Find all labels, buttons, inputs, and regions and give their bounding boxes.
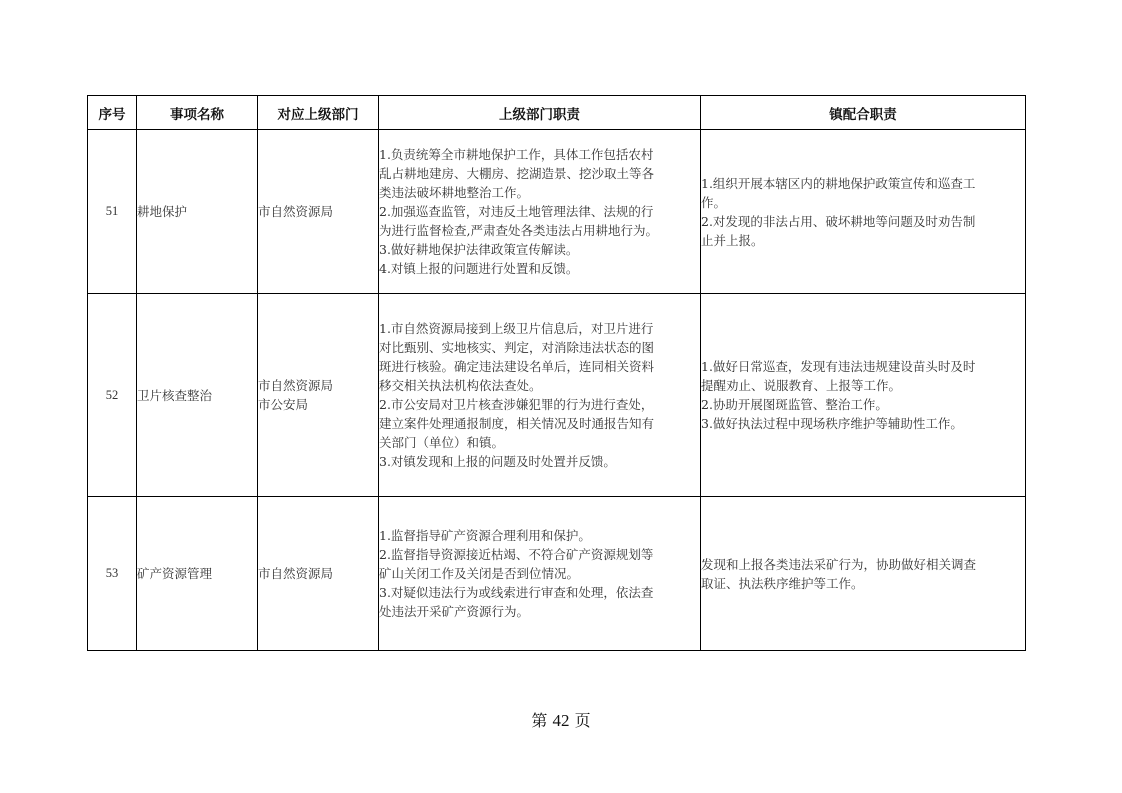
table-row: 53 矿产资源管理 市自然资源局 1.监督指导矿产资源合理利用和保护。 2.监督… bbox=[88, 497, 1026, 651]
header-superior-duties: 上级部门职责 bbox=[379, 96, 701, 130]
duty-line: 1.做好日常巡查，发现有违法违规建设苗头时及时 bbox=[701, 357, 1025, 376]
duty-line: 2.协助开展图斑监管、整治工作。 bbox=[701, 395, 1025, 414]
town-duties: 发现和上报各类违法采矿行为，协助做好相关调查 取证、执法秩序维护等工作。 bbox=[701, 497, 1026, 651]
dept-line: 市公安局 bbox=[258, 395, 378, 414]
duty-line: 矿山关闭工作及关闭是否到位情况。 bbox=[379, 564, 700, 583]
duty-line: 2.对发现的非法占用、破坏耕地等问题及时劝告制 bbox=[701, 212, 1025, 231]
duty-line: 关部门（单位）和镇。 bbox=[379, 433, 700, 452]
duty-line: 类违法破坏耕地整治工作。 bbox=[379, 183, 700, 202]
table-header-row: 序号 事项名称 对应上级部门 上级部门职责 镇配合职责 bbox=[88, 96, 1026, 130]
duty-line: 2.加强巡查监管，对违反土地管理法律、法规的行 bbox=[379, 202, 700, 221]
dept-line: 市自然资源局 bbox=[258, 376, 378, 395]
superior-duties: 1.市自然资源局接到上级卫片信息后，对卫片进行 对比甄别、实地核实、判定，对消除… bbox=[379, 294, 701, 497]
duty-line: 处违法开采矿产资源行为。 bbox=[379, 602, 700, 621]
duty-line: 3.做好耕地保护法律政策宣传解读。 bbox=[379, 240, 700, 259]
superior-dept: 市自然资源局 bbox=[258, 497, 379, 651]
duty-line: 1.监督指导矿产资源合理利用和保护。 bbox=[379, 526, 700, 545]
duty-line: 为进行监督检查,严肃查处各类违法占用耕地行为。 bbox=[379, 221, 700, 240]
responsibility-table: 序号 事项名称 对应上级部门 上级部门职责 镇配合职责 51 耕地保护 市自然资… bbox=[87, 95, 1026, 651]
duty-line: 3.对疑似违法行为或线索进行审查和处理，依法查 bbox=[379, 583, 700, 602]
duty-line: 乱占耕地建房、大棚房、挖湖造景、挖沙取土等各 bbox=[379, 164, 700, 183]
row-number: 51 bbox=[88, 130, 137, 294]
duty-line: 斑进行核验。确定违法建设名单后，连同相关资料 bbox=[379, 357, 700, 376]
duty-line: 提醒劝止、说服教育、上报等工作。 bbox=[701, 376, 1025, 395]
duty-line: 取证、执法秩序维护等工作。 bbox=[701, 574, 1025, 593]
superior-dept: 市自然资源局 市公安局 bbox=[258, 294, 379, 497]
header-no: 序号 bbox=[88, 96, 137, 130]
page-number: 第 42 页 bbox=[0, 708, 1122, 731]
item-name: 卫片核查整治 bbox=[137, 294, 258, 497]
superior-duties: 1.监督指导矿产资源合理利用和保护。 2.监督指导资源接近枯竭、不符合矿产资源规… bbox=[379, 497, 701, 651]
duty-line: 4.对镇上报的问题进行处置和反馈。 bbox=[379, 259, 700, 278]
page-suffix: 页 bbox=[575, 711, 591, 730]
dept-line: 市自然资源局 bbox=[258, 202, 378, 221]
table-row: 52 卫片核查整治 市自然资源局 市公安局 1.市自然资源局接到上级卫片信息后，… bbox=[88, 294, 1026, 497]
town-duties: 1.做好日常巡查，发现有违法违规建设苗头时及时 提醒劝止、说服教育、上报等工作。… bbox=[701, 294, 1026, 497]
duty-line: 作。 bbox=[701, 193, 1025, 212]
item-name: 矿产资源管理 bbox=[137, 497, 258, 651]
superior-dept: 市自然资源局 bbox=[258, 130, 379, 294]
table-row: 51 耕地保护 市自然资源局 1.负责统筹全市耕地保护工作，具体工作包括农村 乱… bbox=[88, 130, 1026, 294]
header-item-name: 事项名称 bbox=[137, 96, 258, 130]
duty-line: 发现和上报各类违法采矿行为，协助做好相关调查 bbox=[701, 555, 1025, 574]
town-duties: 1.组织开展本辖区内的耕地保护政策宣传和巡查工 作。 2.对发现的非法占用、破坏… bbox=[701, 130, 1026, 294]
duty-line: 止并上报。 bbox=[701, 231, 1025, 250]
duty-line: 2.监督指导资源接近枯竭、不符合矿产资源规划等 bbox=[379, 545, 700, 564]
duty-line: 建立案件处理通报制度，相关情况及时通报告知有 bbox=[379, 414, 700, 433]
duty-line: 3.对镇发现和上报的问题及时处置并反馈。 bbox=[379, 452, 700, 471]
header-superior-dept: 对应上级部门 bbox=[258, 96, 379, 130]
header-town-duties: 镇配合职责 bbox=[701, 96, 1026, 130]
duty-line: 1.负责统筹全市耕地保护工作，具体工作包括农村 bbox=[379, 145, 700, 164]
row-number: 52 bbox=[88, 294, 137, 497]
duty-line: 1.市自然资源局接到上级卫片信息后，对卫片进行 bbox=[379, 319, 700, 338]
page-prefix: 第 bbox=[531, 711, 547, 730]
duty-line: 3.做好执法过程中现场秩序维护等辅助性工作。 bbox=[701, 414, 1025, 433]
item-name: 耕地保护 bbox=[137, 130, 258, 294]
superior-duties: 1.负责统筹全市耕地保护工作，具体工作包括农村 乱占耕地建房、大棚房、挖湖造景、… bbox=[379, 130, 701, 294]
duty-line: 1.组织开展本辖区内的耕地保护政策宣传和巡查工 bbox=[701, 174, 1025, 193]
page-number-value: 42 bbox=[553, 711, 570, 730]
duty-line: 对比甄别、实地核实、判定，对消除违法状态的图 bbox=[379, 338, 700, 357]
duty-line: 移交相关执法机构依法查处。 bbox=[379, 376, 700, 395]
duty-line: 2.市公安局对卫片核查涉嫌犯罪的行为进行查处， bbox=[379, 395, 700, 414]
row-number: 53 bbox=[88, 497, 137, 651]
dept-line: 市自然资源局 bbox=[258, 564, 378, 583]
